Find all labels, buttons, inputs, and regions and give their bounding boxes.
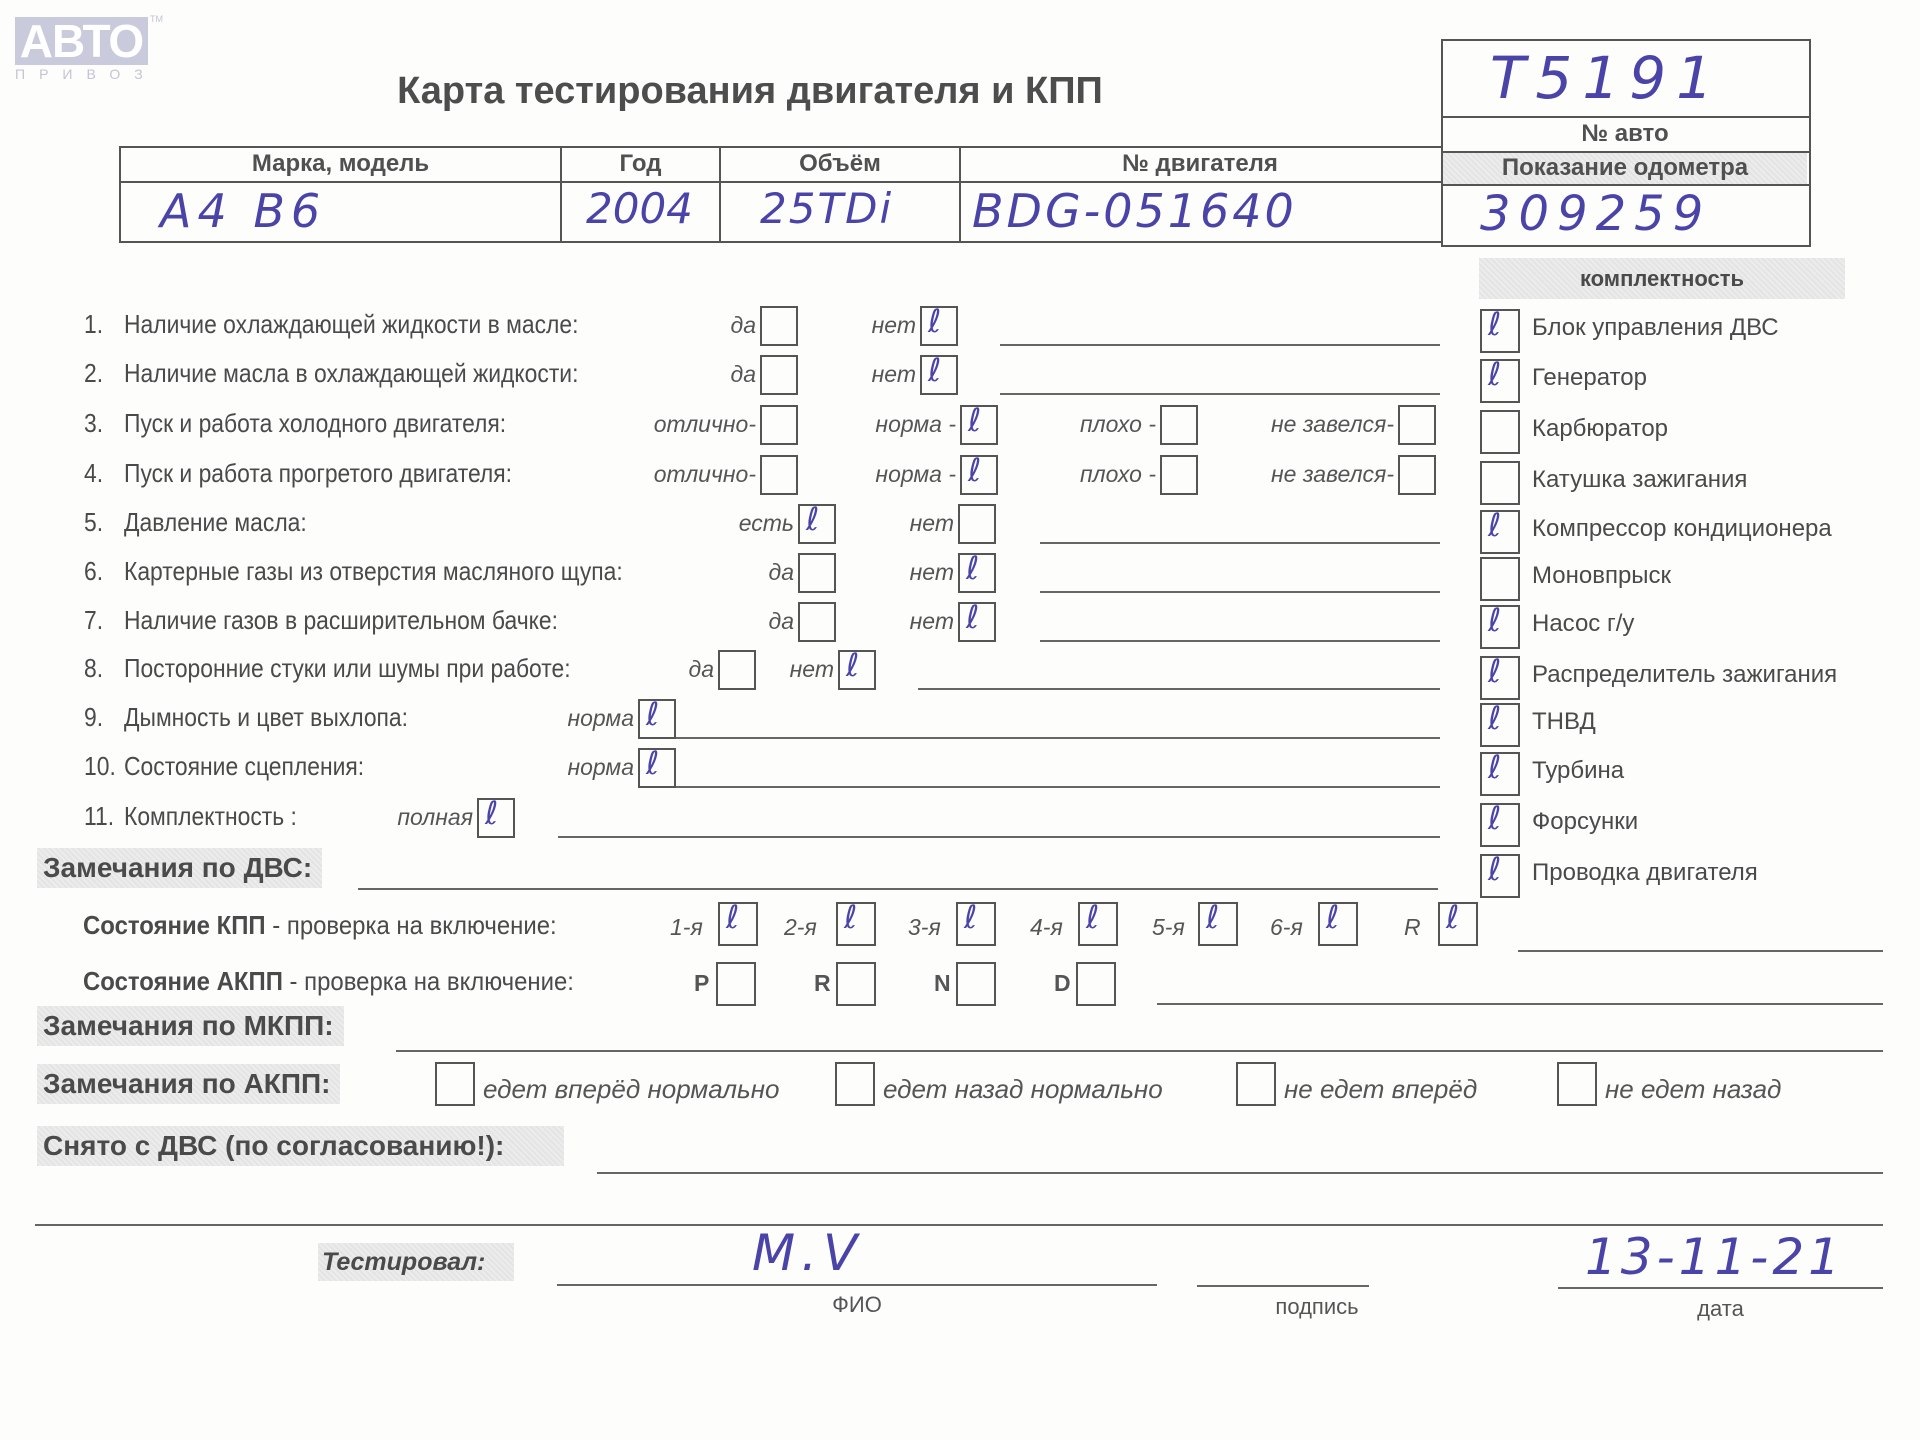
check-mark-icon: ℓ — [1446, 898, 1459, 936]
notes-field[interactable] — [918, 688, 1440, 690]
check-mark-icon: ℓ — [485, 794, 498, 832]
completeness-item-label: Форсунки — [1532, 808, 1638, 836]
option-checkbox[interactable] — [760, 306, 798, 346]
check-mark-icon: ℓ — [928, 302, 941, 340]
option-checkbox[interactable]: ℓ — [960, 405, 998, 445]
date-caption: дата — [1558, 1296, 1883, 1322]
option-label: нет — [860, 312, 916, 339]
question-text: Давление масла: — [124, 507, 307, 538]
completeness-checkbox[interactable]: ℓ — [1480, 752, 1520, 796]
auto-gearbox-label-bold: Состояние АКПП — [83, 966, 283, 996]
gear-label: R — [1404, 914, 1421, 941]
gear-label: 5-я — [1152, 914, 1185, 941]
manual-remarks-label: Замечания по МКПП: — [37, 1006, 344, 1046]
manual-gearbox-notes-field[interactable] — [1518, 950, 1883, 952]
check-mark-icon: ℓ — [964, 898, 977, 936]
completeness-checkbox[interactable]: ℓ — [1480, 803, 1520, 847]
option-label: да — [700, 608, 794, 635]
option-label: нет — [760, 656, 834, 683]
option-label: нет — [860, 608, 954, 635]
check-mark-icon: ℓ — [646, 695, 659, 733]
option-checkbox[interactable] — [1160, 405, 1198, 445]
question-text: Наличие охлаждающей жидкости в масле: — [124, 309, 578, 340]
notes-field[interactable] — [1040, 542, 1440, 544]
question-number: 7. — [84, 605, 103, 636]
auto-position-checkbox[interactable] — [716, 962, 756, 1006]
question-text: Картерные газы из отверстия масляного щу… — [124, 556, 623, 587]
option-checkbox[interactable]: ℓ — [960, 455, 998, 495]
completeness-item-label: Проводка двигателя — [1532, 859, 1758, 887]
question-text: Состояние сцепления: — [124, 751, 364, 782]
auto-remark-label: не едет вперёд — [1284, 1074, 1477, 1105]
manual-gearbox-label-rest: - проверка на включение: — [266, 910, 557, 940]
option-label: нет — [860, 559, 954, 586]
question-text: Наличие газов в расширительном бачке: — [124, 605, 558, 636]
option-label: норма — [500, 705, 634, 732]
option-checkbox[interactable] — [798, 602, 836, 642]
completeness-item-label: Распределитель зажигания — [1532, 661, 1837, 689]
completeness-checkbox[interactable]: ℓ — [1480, 510, 1520, 554]
auto-gearbox-notes-field[interactable] — [1157, 1003, 1883, 1005]
gear-label: 4-я — [1030, 914, 1063, 941]
check-mark-icon: ℓ — [646, 744, 659, 782]
question-number: 8. — [84, 653, 103, 684]
auto-remark-label: едет вперёд нормально — [483, 1074, 779, 1105]
question-text: Пуск и работа прогретого двигателя: — [124, 458, 512, 489]
check-mark-icon: ℓ — [1488, 355, 1501, 393]
odometer-value[interactable]: 309259 — [1480, 186, 1711, 242]
trademark: TM — [150, 14, 163, 24]
car-box-divider — [1441, 116, 1809, 118]
tester-name-value[interactable]: M.V — [752, 1224, 863, 1282]
volume-value[interactable]: 25TDi — [760, 184, 893, 233]
check-mark-icon: ℓ — [968, 451, 981, 489]
question-text: Комплектность : — [124, 801, 297, 832]
question-number: 5. — [84, 507, 103, 538]
check-mark-icon: ℓ — [1488, 748, 1501, 786]
auto-remarks-label: Замечания по АКПП: — [37, 1064, 340, 1104]
question-number: 10. — [84, 751, 116, 782]
page-title: Карта тестирования двигателя и КПП — [300, 70, 1200, 113]
option-checkbox[interactable] — [718, 650, 756, 690]
question-number: 6. — [84, 556, 103, 587]
notes-field[interactable] — [1000, 393, 1440, 395]
check-mark-icon: ℓ — [1206, 898, 1219, 936]
removed-field[interactable] — [597, 1172, 1883, 1174]
gear-checkbox[interactable]: ℓ — [1078, 902, 1118, 946]
engine-remarks-label: Замечания по ДВС: — [37, 848, 322, 888]
completeness-checkbox[interactable] — [1480, 557, 1520, 601]
completeness-checkbox[interactable]: ℓ — [1480, 359, 1520, 403]
auto-position-label: R — [814, 970, 831, 997]
completeness-checkbox[interactable]: ℓ — [1480, 309, 1520, 353]
option-label: полная — [340, 804, 473, 831]
auto-position-checkbox[interactable] — [836, 962, 876, 1006]
question-number: 9. — [84, 702, 103, 733]
gear-label: 3-я — [908, 914, 941, 941]
check-mark-icon: ℓ — [1488, 305, 1501, 343]
tester-name-field[interactable] — [557, 1284, 1157, 1286]
option-checkbox[interactable] — [958, 504, 996, 544]
check-mark-icon: ℓ — [1326, 898, 1339, 936]
check-mark-icon: ℓ — [844, 898, 857, 936]
auto-gearbox-label-rest: - проверка на включение: — [283, 966, 574, 996]
col-header-engine-number: № двигателя — [961, 150, 1439, 178]
option-checkbox[interactable]: ℓ — [798, 504, 836, 544]
option-checkbox[interactable] — [1160, 455, 1198, 495]
auto-remark-label: едет назад нормально — [883, 1074, 1163, 1105]
signature-caption: подпись — [1197, 1294, 1437, 1320]
completeness-checkbox[interactable] — [1480, 461, 1520, 505]
option-checkbox[interactable] — [760, 355, 798, 395]
question-number: 3. — [84, 408, 103, 439]
tested-by-label: Тестировал: — [322, 1248, 485, 1277]
date-field[interactable] — [1558, 1287, 1883, 1289]
gear-label: 6-я — [1270, 914, 1303, 941]
option-checkbox[interactable]: ℓ — [958, 602, 996, 642]
logo-subtitle: ПРИВОЗ — [15, 66, 155, 82]
question-number: 4. — [84, 458, 103, 489]
completeness-item-label: Моновпрыск — [1532, 562, 1671, 590]
signature-field[interactable] — [1197, 1285, 1369, 1287]
completeness-item-label: Генератор — [1532, 364, 1647, 392]
col-header-volume: Объём — [721, 150, 959, 178]
table-divider — [119, 181, 1441, 183]
completeness-checkbox[interactable]: ℓ — [1480, 854, 1520, 898]
auto-remark-checkbox[interactable] — [1236, 1062, 1276, 1106]
check-mark-icon: ℓ — [806, 500, 819, 538]
option-label: не завелся- — [1220, 411, 1394, 438]
option-checkbox[interactable]: ℓ — [477, 798, 515, 838]
auto-gearbox-label: Состояние АКПП - проверка на включение: — [83, 966, 574, 997]
car-number-label: № авто — [1443, 120, 1807, 148]
option-label: норма - — [860, 411, 956, 438]
option-label: да — [700, 361, 756, 388]
check-mark-icon: ℓ — [966, 598, 979, 636]
option-checkbox[interactable]: ℓ — [638, 699, 676, 739]
odometer-label: Показание одометра — [1443, 154, 1807, 182]
completeness-item-label: Компрессор кондиционера — [1532, 515, 1832, 543]
question-number: 1. — [84, 309, 103, 340]
manual-remarks-field[interactable] — [396, 1050, 1883, 1052]
check-mark-icon: ℓ — [1488, 850, 1501, 888]
option-label: плохо - — [1060, 411, 1156, 438]
gear-checkbox[interactable]: ℓ — [718, 902, 758, 946]
completeness-item-label: Карбюратор — [1532, 415, 1668, 443]
completeness-item-label: Катушка зажигания — [1532, 466, 1747, 494]
check-mark-icon: ℓ — [726, 898, 739, 936]
question-text: Посторонние стуки или шумы при работе: — [124, 653, 571, 684]
gear-checkbox[interactable]: ℓ — [956, 902, 996, 946]
notes-field[interactable] — [558, 836, 1440, 838]
gear-label: 1-я — [670, 914, 703, 941]
separator-line — [35, 1224, 1883, 1226]
completeness-item-label: Насос г/у — [1532, 610, 1634, 638]
notes-field[interactable] — [676, 786, 1440, 788]
check-mark-icon: ℓ — [1488, 699, 1501, 737]
check-mark-icon: ℓ — [968, 401, 981, 439]
notes-field[interactable] — [676, 737, 1440, 739]
auto-position-checkbox[interactable] — [1076, 962, 1116, 1006]
completeness-item-label: Турбина — [1532, 757, 1624, 785]
option-checkbox[interactable] — [1398, 455, 1436, 495]
col-header-model: Марка, модель — [121, 150, 560, 178]
gear-label: 2-я — [784, 914, 817, 941]
gear-checkbox[interactable]: ℓ — [836, 902, 876, 946]
option-label: да — [700, 312, 756, 339]
completeness-checkbox[interactable]: ℓ — [1480, 605, 1520, 649]
car-number-value[interactable]: T5191 — [1490, 44, 1723, 112]
question-number: 11. — [84, 801, 114, 832]
gear-checkbox[interactable]: ℓ — [1438, 902, 1478, 946]
completeness-checkbox[interactable]: ℓ — [1480, 703, 1520, 747]
question-number: 2. — [84, 358, 103, 389]
auto-remark-checkbox[interactable] — [435, 1062, 475, 1106]
check-mark-icon: ℓ — [928, 351, 941, 389]
year-value[interactable]: 2004 — [586, 184, 693, 233]
option-checkbox[interactable] — [760, 405, 798, 445]
check-mark-icon: ℓ — [1086, 898, 1099, 936]
option-label: нет — [860, 361, 916, 388]
notes-field[interactable] — [1040, 591, 1440, 593]
engine-remarks-field[interactable] — [358, 888, 1438, 890]
auto-position-checkbox[interactable] — [956, 962, 996, 1006]
completeness-header: комплектность — [1479, 266, 1845, 292]
auto-remark-label: не едет назад — [1605, 1074, 1781, 1105]
logo: АВТО — [15, 17, 148, 65]
name-caption: ФИО — [557, 1292, 1157, 1318]
auto-position-label: P — [694, 970, 709, 997]
option-label: нет — [860, 510, 954, 537]
check-mark-icon: ℓ — [966, 549, 979, 587]
option-checkbox[interactable] — [798, 553, 836, 593]
notes-field[interactable] — [1000, 344, 1440, 346]
option-label: есть — [700, 510, 794, 537]
check-mark-icon: ℓ — [1488, 799, 1501, 837]
option-label: да — [650, 656, 714, 683]
auto-remark-checkbox[interactable] — [835, 1062, 875, 1106]
completeness-checkbox[interactable]: ℓ — [1480, 656, 1520, 700]
completeness-item-label: Блок управления ДВС — [1532, 314, 1779, 342]
date-value[interactable]: 13-11-21 — [1585, 1228, 1844, 1286]
auto-position-label: D — [1054, 970, 1071, 997]
option-label: плохо - — [1060, 461, 1156, 488]
notes-field[interactable] — [1040, 640, 1440, 642]
question-text: Наличие масла в охлаждающей жидкости: — [124, 358, 578, 389]
car-box-divider — [1441, 151, 1809, 153]
option-label: норма - — [860, 461, 956, 488]
gear-checkbox[interactable]: ℓ — [1318, 902, 1358, 946]
option-label: отлично- — [600, 461, 756, 488]
question-text: Пуск и работа холодного двигателя: — [124, 408, 506, 439]
model-value[interactable]: A4 B6 — [160, 184, 326, 238]
auto-remark-checkbox[interactable] — [1557, 1062, 1597, 1106]
engine-number-value[interactable]: BDG-051640 — [972, 184, 1297, 238]
completeness-checkbox[interactable] — [1480, 410, 1520, 454]
gear-checkbox[interactable]: ℓ — [1198, 902, 1238, 946]
option-checkbox[interactable]: ℓ — [920, 306, 958, 346]
check-mark-icon: ℓ — [1488, 652, 1501, 690]
auto-position-label: N — [934, 970, 951, 997]
option-label: да — [700, 559, 794, 586]
option-checkbox[interactable] — [760, 455, 798, 495]
manual-gearbox-label-bold: Состояние КПП — [83, 910, 266, 940]
check-mark-icon: ℓ — [1488, 601, 1501, 639]
question-text: Дымность и цвет выхлопа: — [124, 702, 408, 733]
option-checkbox[interactable] — [1398, 405, 1436, 445]
option-checkbox[interactable]: ℓ — [920, 355, 958, 395]
option-label: норма — [500, 754, 634, 781]
option-checkbox[interactable]: ℓ — [838, 650, 876, 690]
option-label: отлично- — [600, 411, 756, 438]
option-checkbox[interactable]: ℓ — [958, 553, 996, 593]
manual-gearbox-label: Состояние КПП - проверка на включение: — [83, 910, 557, 941]
check-mark-icon: ℓ — [846, 646, 859, 684]
col-header-year: Год — [562, 150, 719, 178]
removed-label: Снято с ДВС (по согласованию!): — [37, 1126, 564, 1166]
completeness-item-label: ТНВД — [1532, 708, 1596, 736]
option-label: не завелся- — [1220, 461, 1394, 488]
option-checkbox[interactable]: ℓ — [638, 748, 676, 788]
check-mark-icon: ℓ — [1488, 506, 1501, 544]
